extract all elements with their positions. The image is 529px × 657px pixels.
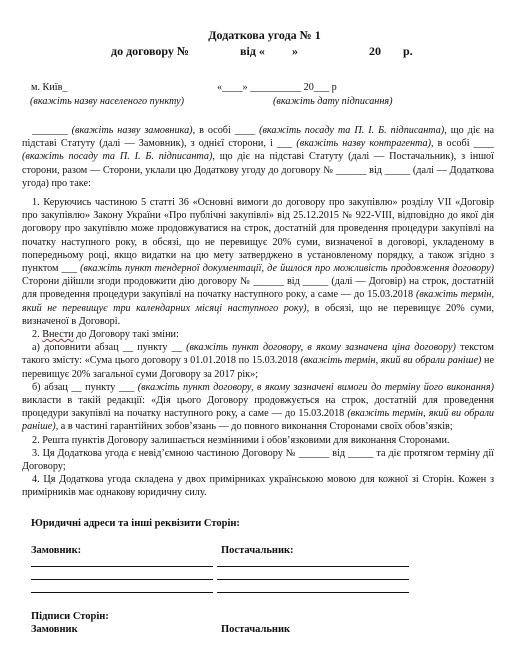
subtitle-year: 20 [369, 44, 381, 59]
city-hint: (вкажіть назву населеного пункту) [30, 96, 184, 107]
supplier-signatory-hint: (вкажіть посаду та П. І. Б. підписанта) [22, 151, 212, 162]
clause-2b: б) абзац __ пункту ___ (вкажіть пункт до… [22, 381, 494, 434]
city-field[interactable]: м. Київ_ [31, 82, 68, 93]
signatures-title: Підписи Сторін: [31, 611, 109, 622]
supplier-requisites-line-1[interactable] [217, 566, 409, 567]
customer-name-hint: (вкажіть назву замовника) [72, 125, 193, 136]
signing-date-field[interactable]: «____» __________ 20___ р [217, 82, 337, 93]
requisites-supplier-label: Постачальник: [221, 545, 294, 556]
document-page: Додаткова угода № 1 до договору № від « … [0, 0, 529, 657]
requisites-title: Юридичні адреси та інші реквізити Сторін… [31, 518, 240, 529]
subtitle-contract-no: до договору № [111, 44, 189, 59]
signing-date-hint: (вкажіть дату підписання) [273, 96, 393, 107]
intro-paragraph: _______ (вкажіть назву замовника), в осо… [22, 124, 494, 190]
signature-supplier-label: Постачальник [221, 624, 290, 635]
customer-requisites-line-2[interactable] [31, 579, 213, 580]
supplier-requisites-line-2[interactable] [217, 579, 409, 580]
signature-customer-label: Замовник [31, 624, 78, 635]
clause-3: 3. Ця Додаткова угода є невід’ємною част… [22, 447, 494, 473]
subtitle-quote-close: » [292, 44, 298, 59]
clauses: 1. Керуючись частиною 5 статті 36 «Основ… [22, 196, 494, 500]
supplier-requisites-line-3[interactable] [217, 592, 409, 593]
requisites-customer-label: Замовник: [31, 545, 81, 556]
clause-4: 4. Ця Додаткова угода складена у двох пр… [22, 473, 494, 499]
clause-2a: а) доповнити абзац __ пункту __ (вкажіть… [22, 341, 494, 381]
spellcheck-flagged-word[interactable]: Внести [42, 329, 73, 340]
customer-signatory-hint: (вкажіть посаду та П. І. Б. підписанта) [259, 125, 444, 136]
clause-remaining: 2. Решта пунктів Договору залишається не… [22, 434, 494, 447]
document-title: Додаткова угода № 1 [0, 28, 529, 43]
counterparty-name-hint: (вкажіть назву контрагента) [296, 138, 431, 149]
customer-requisites-line-3[interactable] [31, 592, 213, 593]
subtitle-from: від « [240, 44, 265, 59]
clause-2: 2. Внести до Договору такі зміни: [22, 328, 494, 341]
subtitle-year-suffix: р. [403, 44, 413, 59]
clause-1: 1. Керуючись частиною 5 статті 36 «Основ… [22, 196, 494, 328]
customer-requisites-line-1[interactable] [31, 566, 213, 567]
